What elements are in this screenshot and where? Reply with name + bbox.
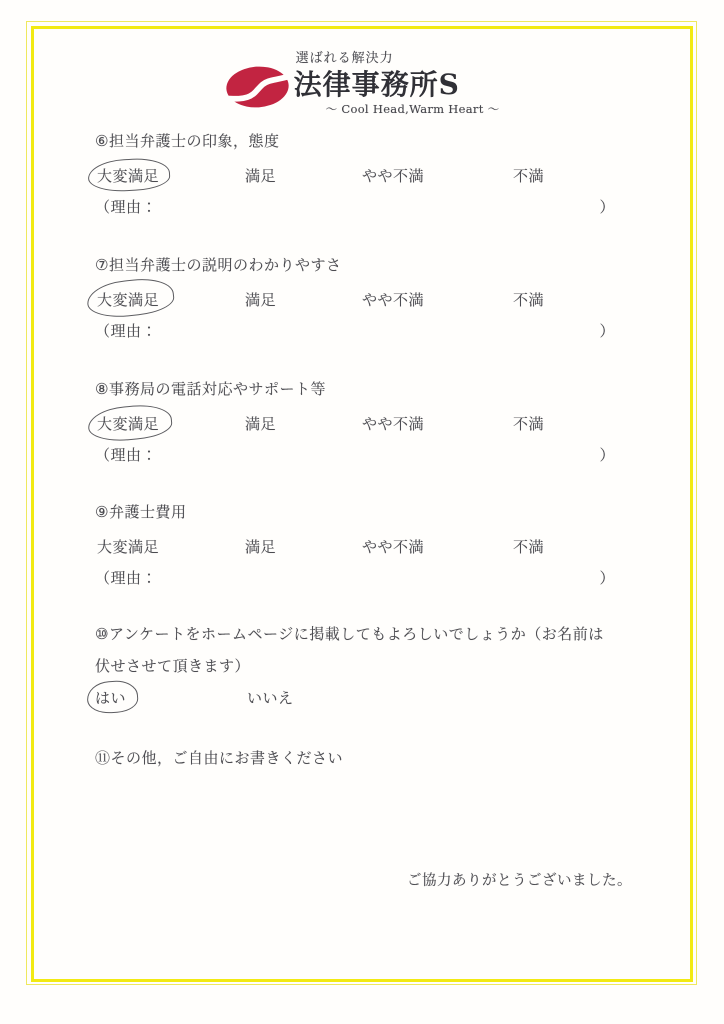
- option-label: 大変満足: [97, 415, 159, 433]
- option-dissatisfied: 不満: [513, 165, 544, 186]
- option-row: 大変満足 満足 やや不満 不満: [95, 165, 615, 187]
- option-dissatisfied: 不満: [513, 536, 544, 557]
- option-very-satisfied: 大変満足: [97, 289, 159, 310]
- reason-close-paren: ）: [599, 445, 615, 465]
- scanned-survey-page: 選ばれる解決力 法律事務所S ～ Cool Head,Warm Heart ～ …: [0, 0, 724, 1024]
- option-row: 大変満足 満足 やや不満 不満: [95, 536, 615, 558]
- option-row: 大変満足 満足 やや不満 不満: [95, 413, 615, 435]
- option-no: いいえ: [247, 687, 294, 708]
- option-satisfied: 満足: [245, 536, 276, 557]
- logo-tagline: 選ばれる解決力: [294, 50, 500, 68]
- reason-label: （理由：: [95, 568, 157, 588]
- firm-logo: 選ばれる解決力 法律事務所S ～ Cool Head,Warm Heart ～: [0, 50, 724, 117]
- question-label-line2: 伏せさせて頂きます）: [95, 656, 615, 676]
- question-11: ⑪その他，ご自由にお書きください: [95, 748, 615, 768]
- option-somewhat-dissatisfied: やや不満: [362, 165, 424, 186]
- option-label: 大変満足: [97, 291, 159, 309]
- option-dissatisfied: 不満: [513, 413, 544, 434]
- question-6: ⑥担当弁護士の印象，態度 大変満足 満足 やや不満 不満 （理由： ）: [95, 131, 615, 217]
- reason-close-paren: ）: [599, 321, 615, 341]
- option-label: はい: [95, 689, 126, 707]
- option-dissatisfied: 不満: [513, 289, 544, 310]
- option-somewhat-dissatisfied: やや不満: [362, 536, 424, 557]
- reason-line: （理由： ）: [95, 568, 615, 588]
- question-label: ⑨弁護士費用: [95, 502, 615, 522]
- option-label: 大変満足: [97, 167, 159, 185]
- reason-line: （理由： ）: [95, 321, 615, 341]
- question-8: ⑧事務局の電話対応やサポート等 大変満足 満足 やや不満 不満 （理由： ）: [95, 379, 615, 465]
- option-very-satisfied: 大変満足: [97, 165, 159, 186]
- question-label: ⑥担当弁護士の印象，態度: [95, 131, 615, 151]
- reason-line: （理由： ）: [95, 445, 615, 465]
- question-10: ⑩アンケートをホームページに掲載してもよろしいでしょうか（お名前は 伏せさせて頂…: [95, 624, 615, 709]
- question-7: ⑦担当弁護士の説明のわかりやすさ 大変満足 満足 やや不満 不満 （理由： ）: [95, 255, 615, 341]
- option-yes: はい: [95, 687, 126, 708]
- question-9: ⑨弁護士費用 大変満足 満足 やや不満 不満 （理由： ）: [95, 502, 615, 588]
- question-label-line1: ⑩アンケートをホームページに掲載してもよろしいでしょうか（お名前は: [95, 624, 615, 644]
- reason-label: （理由：: [95, 321, 157, 341]
- question-label: ⑧事務局の電話対応やサポート等: [95, 379, 615, 399]
- question-label: ⑦担当弁護士の説明のわかりやすさ: [95, 255, 615, 275]
- option-row: 大変満足 満足 やや不満 不満: [95, 289, 615, 311]
- option-row: はい いいえ: [95, 687, 615, 709]
- s-swirl-icon: [225, 59, 290, 115]
- option-satisfied: 満足: [245, 289, 276, 310]
- reason-label: （理由：: [95, 445, 157, 465]
- reason-close-paren: ）: [599, 197, 615, 217]
- option-somewhat-dissatisfied: やや不満: [362, 413, 424, 434]
- reason-label: （理由：: [95, 197, 157, 217]
- logo-slogan: ～ Cool Head,Warm Heart ～: [294, 102, 500, 117]
- reason-close-paren: ）: [599, 568, 615, 588]
- option-satisfied: 満足: [245, 413, 276, 434]
- option-somewhat-dissatisfied: やや不満: [362, 289, 424, 310]
- option-very-satisfied: 大変満足: [97, 413, 159, 434]
- option-satisfied: 満足: [245, 165, 276, 186]
- question-label: ⑪その他，ご自由にお書きください: [95, 748, 615, 768]
- reason-line: （理由： ）: [95, 197, 615, 217]
- thanks-note: ご協力ありがとうございました。: [407, 869, 632, 890]
- option-very-satisfied: 大変満足: [97, 536, 159, 557]
- firm-name: 法律事務所S: [294, 68, 500, 102]
